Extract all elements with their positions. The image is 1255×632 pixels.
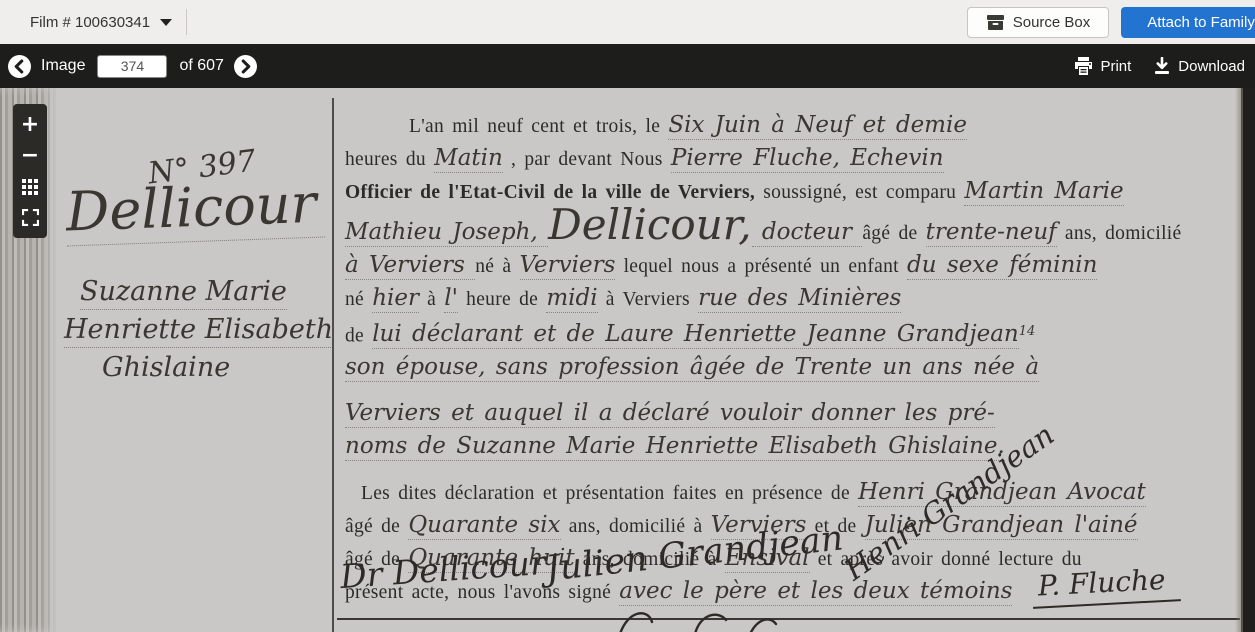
document-line: à Verviers né à Verviers lequel nous a p… <box>345 250 1245 283</box>
fullscreen-icon <box>22 209 39 226</box>
signature: P. Fluche <box>1031 562 1181 609</box>
document-line: né hier à l' heure de midi à Verviers ru… <box>345 283 1245 316</box>
handwritten-text: avec le père et les deux témoins <box>619 578 1012 606</box>
printed-text: né <box>345 289 372 310</box>
download-label: Download <box>1178 58 1245 75</box>
printed-text: né à <box>475 256 519 277</box>
previous-image-button[interactable] <box>8 55 31 78</box>
film-right-edge <box>1243 88 1255 632</box>
multi-image-view-button[interactable] <box>13 171 47 202</box>
page-right-edge <box>1235 88 1243 632</box>
download-button[interactable]: Download <box>1153 57 1245 75</box>
attach-button[interactable]: Attach to Family Tree <box>1121 7 1255 38</box>
handwritten-text: hier <box>372 285 419 313</box>
handwritten-text: Verviers <box>520 252 616 280</box>
zoom-out-button[interactable]: − <box>13 140 47 171</box>
download-icon <box>1153 57 1171 75</box>
printed-text: âgé de <box>862 223 925 244</box>
handwritten-text: Mathieu Joseph, <box>345 219 548 247</box>
printed-text: ans, domicilié <box>1057 223 1182 244</box>
handwritten-text: Pierre Fluche, Echevin <box>671 145 944 173</box>
printed-text: heure de <box>458 289 546 310</box>
document-line: Verviers et auquel il a déclaré vouloir … <box>345 398 1245 431</box>
chevron-left-icon <box>8 55 31 78</box>
document-line: Les dites déclaration et présentation fa… <box>345 477 1245 510</box>
page-margin-rule <box>332 98 334 632</box>
handwritten-text: 14 <box>1019 324 1036 340</box>
handwritten-text: rue des Minières <box>698 285 901 313</box>
printed-text: à Verviers <box>598 289 699 310</box>
image-count-label: of 607 <box>179 57 223 75</box>
film-number-label: Film # 100630341 <box>30 14 150 31</box>
handwritten-text: Matin <box>434 145 503 173</box>
printed-text: L'an mil neuf cent et trois, le <box>409 116 668 137</box>
partial-signature-stroke <box>600 608 820 632</box>
handwritten-text: docteur <box>752 219 863 247</box>
printed-text: , par devant Nous <box>503 149 671 170</box>
document-line: de lui déclarant et de Laure Henriette J… <box>345 316 1245 352</box>
printed-text: âgé de <box>345 516 408 537</box>
zoom-in-button[interactable]: + <box>13 109 47 140</box>
chevron-down-icon <box>160 19 172 26</box>
handwritten-text: midi <box>546 285 597 313</box>
image-label: Image <box>41 57 85 75</box>
margin-name: Dellicour <box>65 172 326 247</box>
handwritten-text: Six Juin à Neuf et demie <box>668 112 967 140</box>
document-line: noms de Suzanne Marie Henriette Elisabet… <box>345 431 1245 464</box>
handwritten-text: Martin Marie <box>964 178 1123 206</box>
fullscreen-button[interactable] <box>13 202 47 233</box>
document-line: heures du Matin , par devant Nous Pierre… <box>345 143 1245 176</box>
printed-text: soussigné, est comparu <box>763 182 964 203</box>
document-line: son épouse, sans profession âgée de Tren… <box>345 352 1245 385</box>
film-selector[interactable]: Film # 100630341 <box>30 14 172 31</box>
margin-name: Ghislaine <box>102 352 230 383</box>
printed-text: de <box>345 325 372 346</box>
handwritten-text: Quarante six <box>408 512 560 540</box>
image-number-input[interactable] <box>97 55 167 78</box>
zoom-out-icon: − <box>21 145 39 167</box>
viewer-toolbar: + − <box>13 104 47 238</box>
handwritten-text: trente-neuf <box>926 219 1057 247</box>
print-label: Print <box>1100 58 1131 75</box>
print-button[interactable]: Print <box>1074 57 1131 75</box>
top-bar: Film # 100630341 Source Box Attach to Fa… <box>0 0 1255 44</box>
attach-label: Attach to Family Tree <box>1147 14 1255 31</box>
print-icon <box>1074 57 1093 75</box>
zoom-in-icon: + <box>21 114 39 136</box>
printed-text: à <box>419 289 444 310</box>
grid-view-icon <box>22 179 38 195</box>
document-line: Mathieu Joseph, Dellicour, docteur âgé d… <box>345 209 1245 250</box>
printed-text: lequel nous a présenté un enfant <box>615 256 907 277</box>
handwritten-text: l' <box>444 285 458 313</box>
source-box-icon <box>986 15 1005 30</box>
handwritten-text: son épouse, sans profession âgée de Tren… <box>345 354 1039 382</box>
handwritten-text: Verviers et auquel il a déclaré vouloir … <box>345 400 995 428</box>
divider <box>186 9 187 35</box>
document-viewer: N° 397 DellicourSuzanne MarieHenriette E… <box>0 88 1255 632</box>
document-line: L'an mil neuf cent et trois, le Six Juin… <box>345 110 1245 143</box>
chevron-right-icon <box>234 55 257 78</box>
image-nav-bar: Image of 607 Print Download <box>0 44 1255 88</box>
handwritten-text: lui déclarant et de Laure Henriette Jean… <box>372 321 1019 349</box>
handwritten-text: Dellicour, <box>548 200 752 250</box>
printed-text: Les dites déclaration et présentation fa… <box>361 483 858 504</box>
source-box-label: Source Box <box>1013 14 1091 31</box>
printed-text: heures du <box>345 149 434 170</box>
handwritten-text: à Verviers <box>345 252 475 280</box>
source-box-button[interactable]: Source Box <box>967 7 1110 38</box>
margin-name: Henriette Elisabeth <box>64 314 333 348</box>
handwritten-text: du sexe féminin <box>907 252 1097 280</box>
document-line: Officier de l'Etat-Civil de la ville de … <box>345 176 1245 209</box>
margin-name: Suzanne Marie <box>80 276 287 310</box>
next-image-button[interactable] <box>234 55 257 78</box>
handwritten-text: noms de Suzanne Marie Henriette Elisabet… <box>345 433 1005 461</box>
